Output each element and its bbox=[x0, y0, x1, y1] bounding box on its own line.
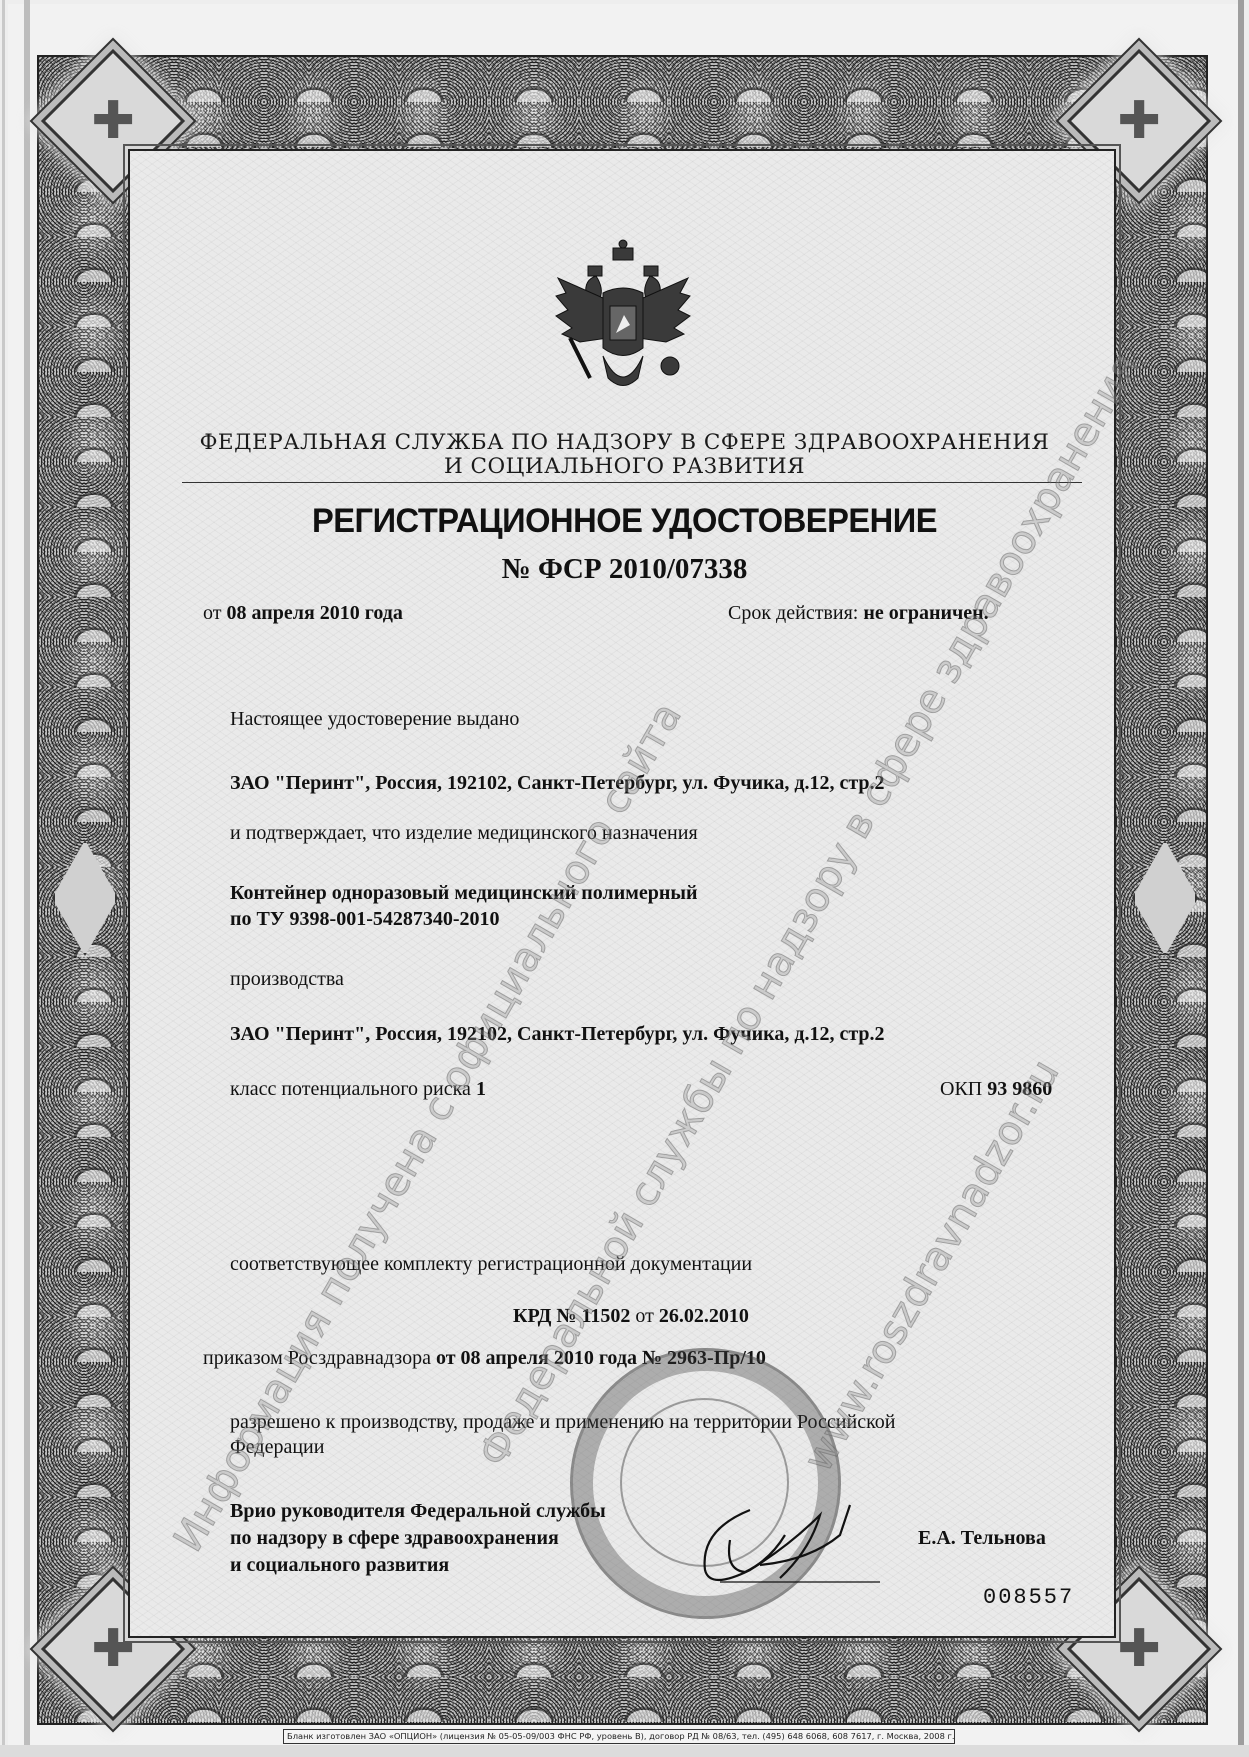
issue-date-value: 08 апреля 2010 года bbox=[226, 602, 402, 624]
signatory-name: Е.А. Тельнова bbox=[918, 1527, 1046, 1550]
scan-edge bbox=[0, 1745, 1249, 1757]
product-spec: по ТУ 9398-001-54287340-2010 bbox=[230, 908, 500, 931]
divider-line bbox=[182, 482, 1082, 483]
manufacturer: ЗАО "Перинт", Россия, 192102, Санкт-Пете… bbox=[230, 1023, 885, 1046]
issue-date-prefix: от bbox=[203, 602, 226, 624]
krd-date: 26.02.2010 bbox=[659, 1305, 749, 1327]
issue-date: от 08 апреля 2010 года bbox=[203, 602, 403, 625]
scan-edge bbox=[2, 0, 5, 1757]
signatory-title-line3: и социального развития bbox=[230, 1554, 449, 1577]
form-serial-number: 008557 bbox=[983, 1585, 1074, 1610]
signatory-title-line2: по надзору в сфере здравоохранения bbox=[230, 1527, 559, 1550]
scan-edge bbox=[24, 0, 30, 1757]
issued-to-label: Настоящее удостоверение выдано bbox=[230, 708, 519, 731]
okp-label: ОКП bbox=[940, 1078, 987, 1100]
signatory-title-line1: Врио руководителя Федеральной службы bbox=[230, 1500, 606, 1523]
form-printer-note: Бланк изготовлен ЗАО «ОПЦИОН» (лицензия … bbox=[283, 1729, 955, 1744]
issued-to-holder: ЗАО "Перинт", Россия, 192102, Санкт-Пете… bbox=[230, 772, 885, 795]
documentation-label: соответствующее комплекту регистрационно… bbox=[230, 1253, 752, 1276]
product-name: Контейнер одноразовый медицинский полиме… bbox=[230, 882, 698, 905]
certificate-number: № ФСР 2010/07338 bbox=[0, 553, 1249, 586]
krd-from: от bbox=[630, 1305, 658, 1327]
validity-label: Срок действия: bbox=[728, 602, 863, 624]
signature-icon bbox=[690, 1500, 890, 1590]
scan-edge bbox=[1238, 0, 1244, 1757]
russian-emblem-icon bbox=[548, 238, 698, 398]
manufacturer-label: производства bbox=[230, 968, 344, 991]
